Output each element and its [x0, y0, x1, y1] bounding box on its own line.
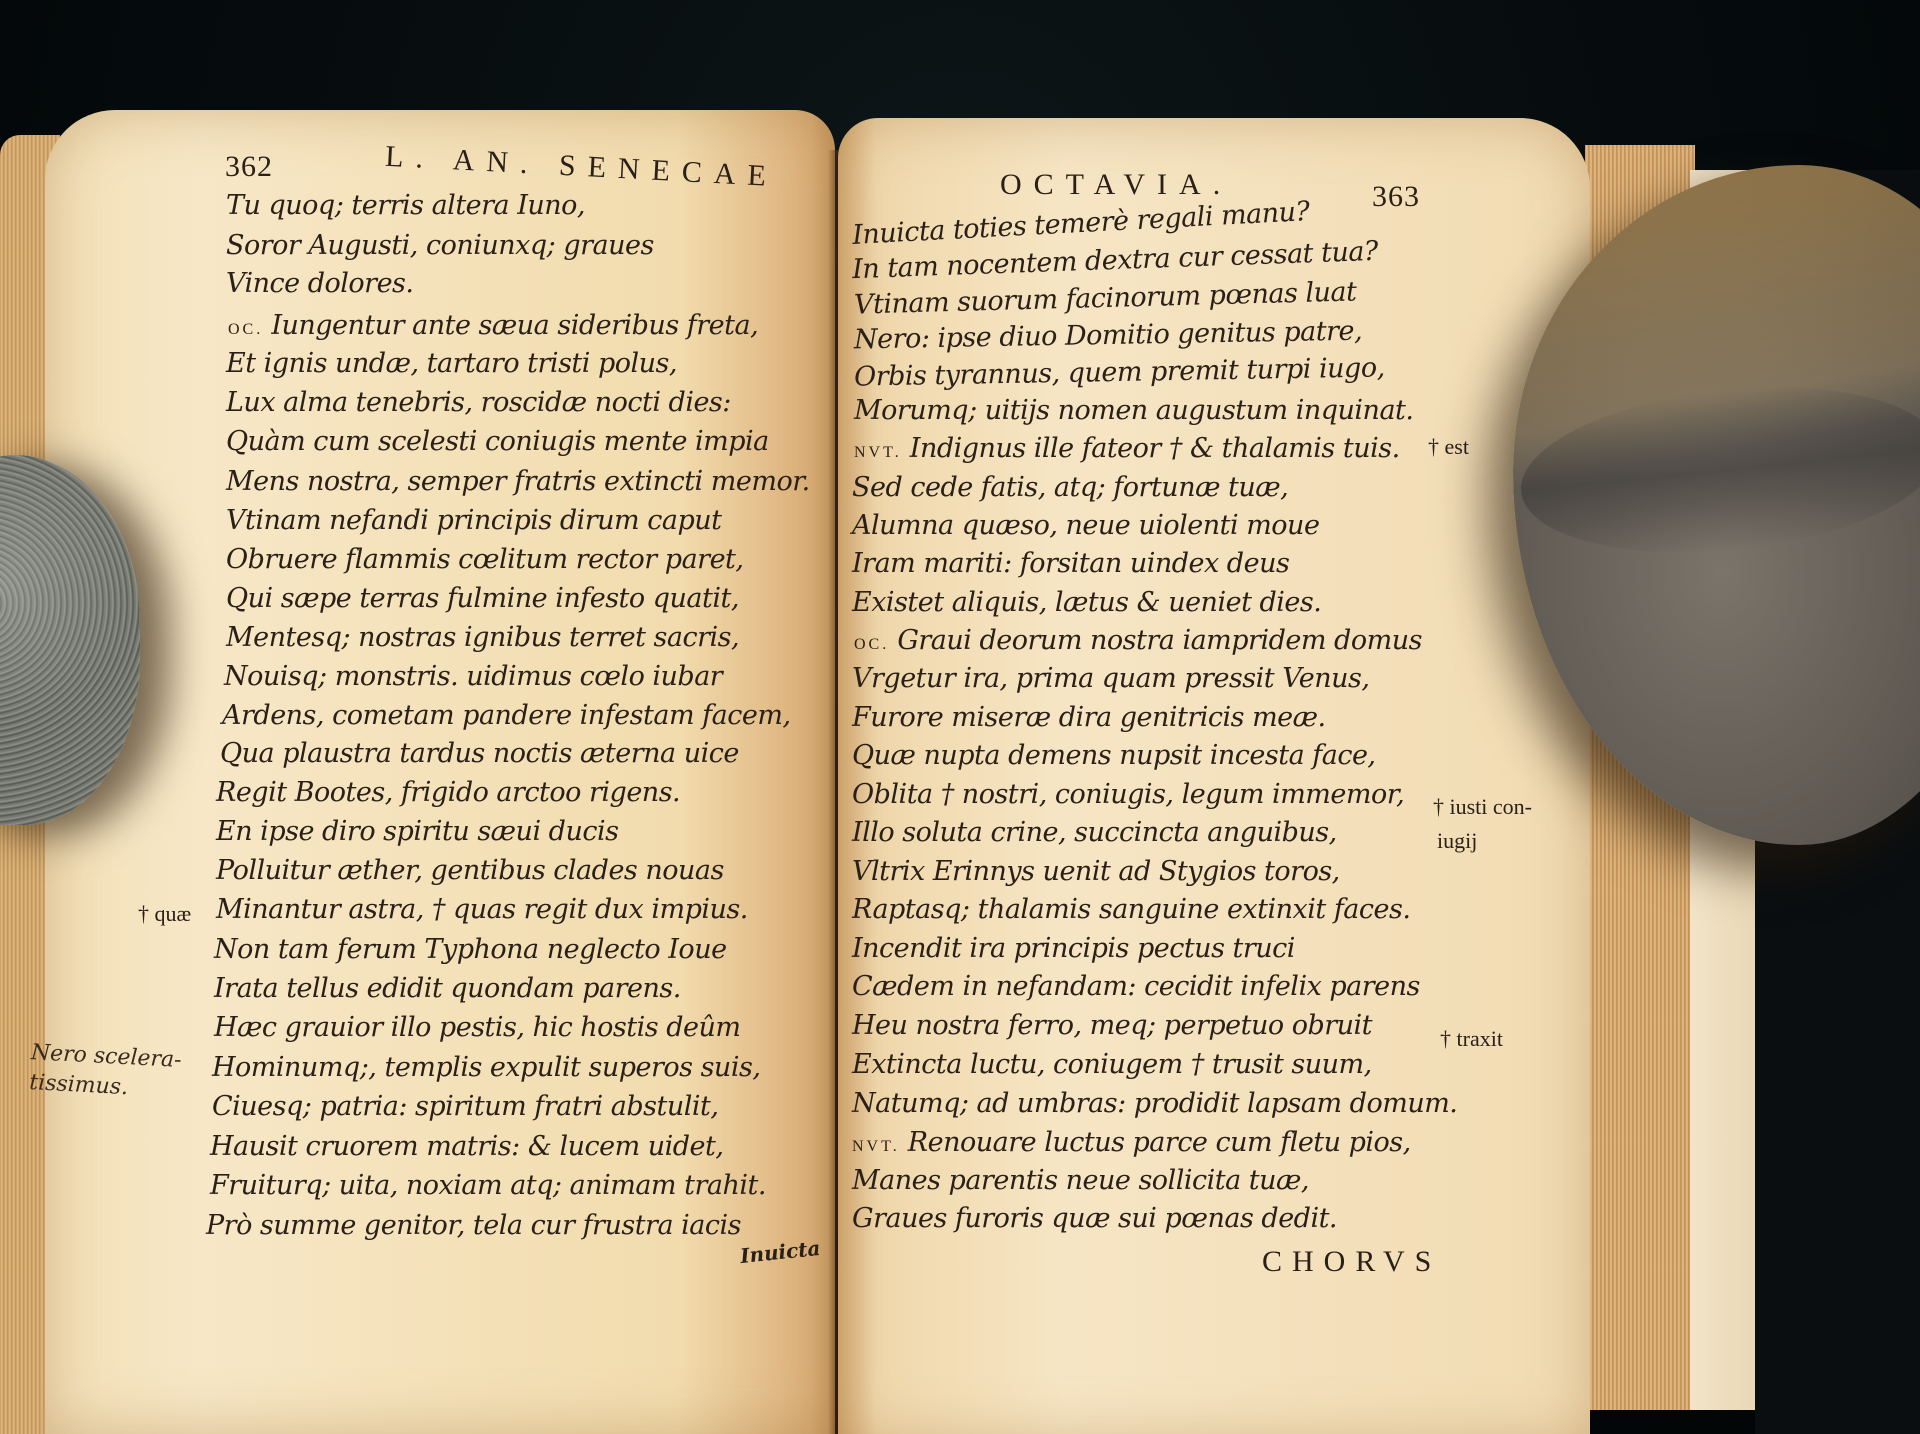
- text-line: OC. Iungentur ante sæua sideribus freta,: [228, 310, 758, 341]
- speaker-tag: NVT.: [854, 444, 902, 461]
- right-page-number: 363: [1372, 180, 1420, 214]
- text-line: Hausit cruorem matris: & lucem uidet,: [210, 1131, 723, 1162]
- text-line: Regit Bootes, frigido arctoo rigens.: [216, 777, 680, 808]
- text-line: NVT. Indignus ille fateor † & thalamis t…: [854, 433, 1400, 464]
- text-line-content: Iungentur ante sæua sideribus freta,: [271, 310, 758, 341]
- text-line: Incendit ira principis pectus truci: [852, 933, 1295, 964]
- speaker-tag: OC.: [228, 321, 263, 338]
- text-line: Prò summe genitor, tela cur frustra iaci…: [206, 1210, 741, 1241]
- text-line-content: Graui deorum nostra iampridem domus: [897, 625, 1422, 656]
- text-line: Fruiturq; uita, noxiam atq; animam trahi…: [210, 1170, 766, 1201]
- text-line: Quàm cum scelesti coniugis mente impia: [226, 426, 769, 457]
- text-line: Vrgetur ira, prima quam pressit Venus,: [852, 663, 1369, 694]
- speaker-tag: NVT.: [852, 1138, 900, 1155]
- text-line: Obruere flammis cœlitum rector paret,: [226, 544, 743, 575]
- text-line: Natumq; ad umbras: prodidit lapsam domum…: [852, 1088, 1457, 1119]
- text-line: Vltrix Erinnys uenit ad Stygios toros,: [852, 856, 1340, 887]
- right-running-head: OCTAVIA.: [1000, 168, 1232, 202]
- margin-note: † quæ: [138, 897, 191, 931]
- text-line: Nouisq; monstris. uidimus cœlo iubar: [224, 661, 722, 692]
- left-page-number: 362: [225, 150, 273, 184]
- text-line: Illo soluta crine, succincta anguibus,: [852, 817, 1337, 848]
- text-line: Hæc grauior illo pestis, hic hostis deûm: [214, 1012, 740, 1043]
- text-line: Quæ nupta demens nupsit incesta face,: [852, 740, 1376, 771]
- text-line: Mens nostra, semper fratris extincti mem…: [226, 466, 810, 497]
- text-line: En ipse diro spiritu sæui ducis: [216, 816, 618, 847]
- text-line: Heu nostra ferro, meq; perpetuo obruit: [852, 1010, 1372, 1041]
- text-line: Manes parentis neue sollicita tuæ,: [852, 1165, 1309, 1196]
- text-line: NVT. Renouare luctus parce cum fletu pio…: [852, 1127, 1411, 1158]
- text-line: Ardens, cometam pandere infestam facem,: [222, 700, 791, 731]
- text-line: OC. Graui deorum nostra iampridem domus: [854, 625, 1422, 656]
- text-line: Qua plaustra tardus noctis æterna uice: [220, 738, 739, 769]
- margin-note: † est: [1428, 430, 1469, 464]
- margin-note: † iusti con-: [1433, 790, 1532, 824]
- text-line: Alumna quæso, neue uiolenti moue: [852, 510, 1319, 541]
- text-line: Vince dolores.: [226, 268, 413, 299]
- text-line: Hominumq;, templis expulit superos suis,: [212, 1052, 760, 1083]
- handwritten-annotation: Nero scelera- tissimus.: [29, 1038, 183, 1106]
- book-photo: 362 L. AN. SENECAE Tu quoq; terris alter…: [0, 0, 1920, 1434]
- text-line-content: Renouare luctus parce cum fletu pios,: [908, 1127, 1411, 1158]
- text-line: Qui sæpe terras fulmine infesto quatit,: [226, 583, 739, 614]
- text-line: Vtinam nefandi principis dirum caput: [226, 505, 721, 536]
- text-line: Oblita † nostri, coniugis, legum immemor…: [852, 779, 1404, 810]
- text-line: Sed cede fatis, atq; fortunæ tuæ,: [852, 472, 1288, 503]
- text-line: Polluitur æther, gentibus clades nouas: [216, 855, 724, 886]
- text-line: Mentesq; nostras ignibus terret sacris,: [226, 622, 739, 653]
- text-line: Raptasq; thalamis sanguine extinxit face…: [852, 894, 1410, 925]
- text-line: Irata tellus edidit quondam parens.: [214, 973, 681, 1004]
- text-line: Cædem in nefandam: cecidit infelix paren…: [852, 971, 1420, 1002]
- text-line: Extincta luctu, coniugem † trusit suum,: [852, 1049, 1372, 1080]
- text-line-content: Indignus ille fateor † & thalamis tuis.: [910, 433, 1400, 464]
- text-line: Furore miseræ dira genitricis meæ.: [852, 702, 1326, 733]
- text-line: Soror Augusti, coniunxq; graues: [226, 230, 654, 261]
- text-line: Morumq; uitijs nomen augustum inquinat.: [854, 395, 1413, 426]
- text-line: Minantur astra, † quas regit dux impius.: [216, 894, 748, 925]
- text-line: Iram mariti: forsitan uindex deus: [852, 548, 1289, 579]
- text-line: Ciuesq; patria: spiritum fratri abstulit…: [212, 1091, 718, 1122]
- text-line: Non tam ferum Typhona neglecto Ioue: [214, 934, 727, 965]
- speaker-tag: OC.: [854, 636, 889, 653]
- text-line: Graues furoris quæ sui pœnas dedit.: [852, 1203, 1337, 1234]
- text-line: Lux alma tenebris, roscidæ nocti dies:: [226, 387, 731, 418]
- section-heading: CHORVS: [1262, 1245, 1441, 1279]
- text-line: Tu quoq; terris altera Iuno,: [226, 190, 585, 221]
- text-line: Existet aliquis, lætus & ueniet dies.: [852, 587, 1321, 618]
- text-line: Et ignis undæ, tartaro tristi polus,: [226, 348, 677, 379]
- margin-note: † traxit: [1440, 1022, 1503, 1056]
- margin-note: iugij: [1437, 824, 1477, 858]
